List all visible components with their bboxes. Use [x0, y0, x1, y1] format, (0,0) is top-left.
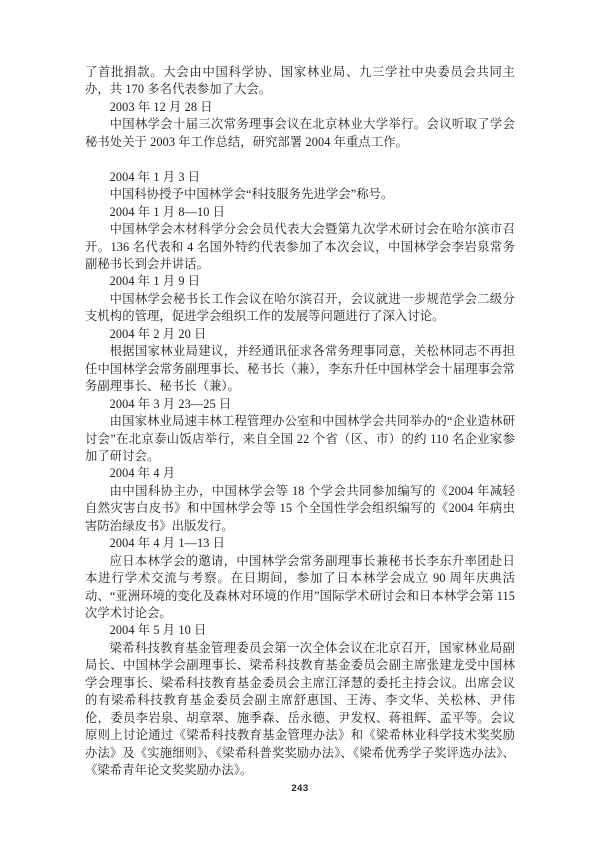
chronicle-entry: 2004 年 4 月 1—13 日 应日本林学会的邀请，中国林学会常务副理事长兼… [85, 535, 515, 622]
page-number: 243 [0, 783, 600, 794]
chronicle-entry: 2004 年 2 月 20 日 根据国家林业局建议，并经通讯征求各常务理事同意，… [85, 326, 515, 396]
lead-paragraph: 了首批捐款。大会由中国科学协、国家林业局、九三学社中央委员会共同主办，共 170… [85, 64, 515, 99]
entry-date: 2004 年 2 月 20 日 [85, 326, 515, 343]
entry-date: 2003 年 12 月 28 日 [85, 99, 515, 116]
entry-body: 梁希科技教育基金管理委员会第一次全体会议在北京召开，国家林业局副局长、中国林学会… [85, 640, 515, 780]
entry-date: 2004 年 4 月 [85, 465, 515, 482]
chronicle-entry: 2004 年 3 月 23—25 日 由国家林业局速丰林工程管理办公室和中国林学… [85, 396, 515, 466]
entry-body: 由国家林业局速丰林工程管理办公室和中国林学会共同举办的“企业造林研讨会”在北京泰… [85, 413, 515, 465]
entry-body: 由中国科协主办，中国林学会等 18 个学会共同参加编写的《2004 年减轻自然灾… [85, 483, 515, 535]
chronicle-entries: 2003 年 12 月 28 日 中国林学会十届三次常务理事会议在北京林业大学举… [85, 99, 515, 780]
entry-date: 2004 年 4 月 1—13 日 [85, 535, 515, 552]
entry-date: 2004 年 3 月 23—25 日 [85, 396, 515, 413]
chronicle-entry: 2004 年 1 月 3 日 中国科协授予中国林学会“科技服务先进学会”称号。 [85, 169, 515, 204]
chronicle-entry: 2004 年 1 月 8—10 日 中国林学会木材科学分会会员代表大会暨第九次学… [85, 204, 515, 274]
document-page: 了首批捐款。大会由中国科学协、国家林业局、九三学社中央委员会共同主办，共 170… [0, 0, 600, 848]
chronicle-entry: 2003 年 12 月 28 日 中国林学会十届三次常务理事会议在北京林业大学举… [85, 99, 515, 151]
entry-body: 中国林学会秘书长工作会议在哈尔滨召开，会议就进一步规范学会二级分支机构的管理，促… [85, 291, 515, 326]
entry-body: 中国林学会木材科学分会会员代表大会暨第九次学术研讨会在哈尔滨市召开。136 名代… [85, 221, 515, 273]
chronicle-entry: 2004 年 1 月 9 日 中国林学会秘书长工作会议在哈尔滨召开，会议就进一步… [85, 273, 515, 325]
entry-body: 根据国家林业局建议，并经通讯征求各常务理事同意，关松林同志不再担任中国林学会常务… [85, 343, 515, 395]
entry-date: 2004 年 1 月 3 日 [85, 169, 515, 186]
chronicle-entry: 2004 年 5 月 10 日 梁希科技教育基金管理委员会第一次全体会议在北京召… [85, 622, 515, 779]
entry-body: 中国科协授予中国林学会“科技服务先进学会”称号。 [85, 186, 515, 203]
page-content: 了首批捐款。大会由中国科学协、国家林业局、九三学社中央委员会共同主办，共 170… [85, 64, 515, 780]
chronicle-entry: 2004 年 4 月 由中国科协主办，中国林学会等 18 个学会共同参加编写的《… [85, 465, 515, 535]
entry-date: 2004 年 1 月 9 日 [85, 273, 515, 290]
entry-body: 中国林学会十届三次常务理事会议在北京林业大学举行。会议听取了学会秘书处关于 20… [85, 116, 515, 151]
entry-date: 2004 年 1 月 8—10 日 [85, 204, 515, 221]
entry-body: 应日本林学会的邀请，中国林学会常务副理事长兼秘书长李东升率团赴日本进行学术交流与… [85, 553, 515, 623]
entry-date: 2004 年 5 月 10 日 [85, 622, 515, 639]
